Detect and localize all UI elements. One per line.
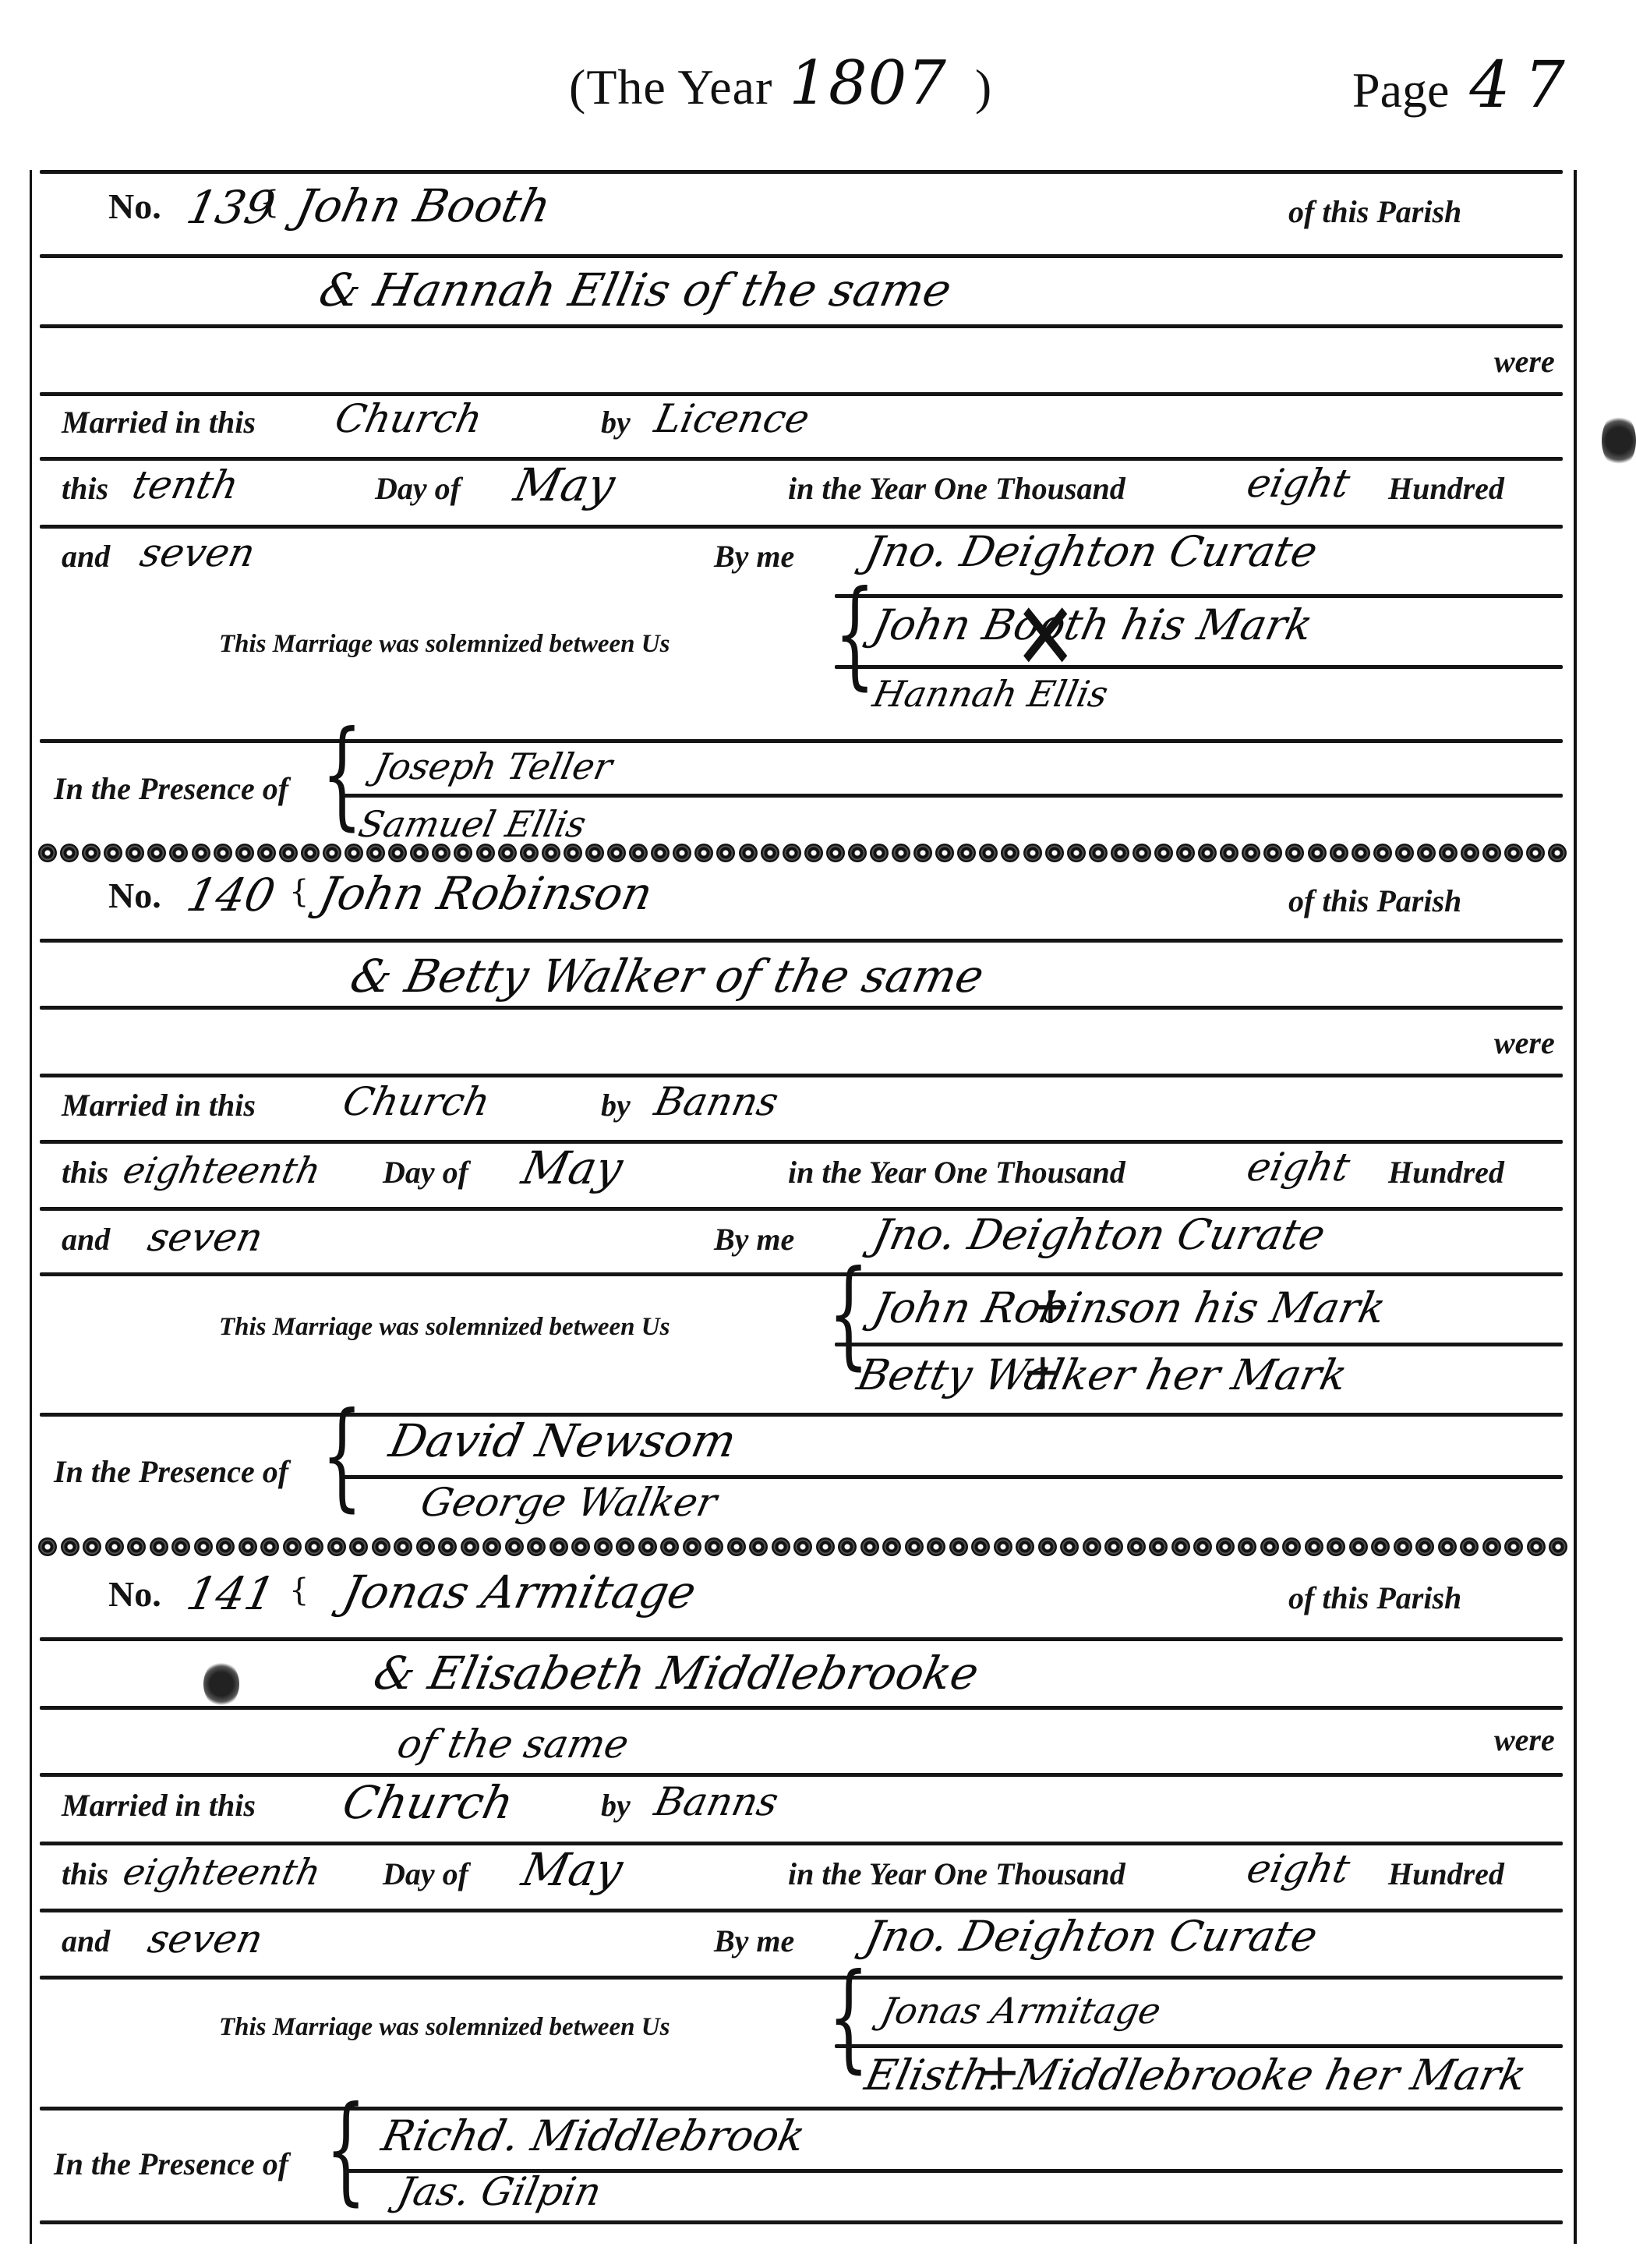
groom-name: John Robinson — [315, 867, 657, 920]
day-of-label: Day of — [383, 1856, 468, 1892]
officiant-signature: Jno. Deighton Curate — [860, 1912, 1322, 1961]
century-word: eight — [1243, 1846, 1354, 1891]
and-label: and — [62, 1221, 110, 1258]
entry-number-label: No. — [108, 1573, 161, 1615]
ruled-line — [40, 1140, 1563, 1144]
ruled-line — [835, 2044, 1563, 2048]
bride-residence: of the same — [394, 1721, 633, 1767]
by-me-label: By me — [714, 1221, 794, 1258]
cross-mark-icon: + — [1030, 1282, 1072, 1332]
page-header: (The Year 1807) Page47 — [0, 31, 1636, 125]
page-number: Page47 — [1352, 48, 1579, 122]
were-label: were — [1494, 1024, 1555, 1061]
by-me-label: By me — [714, 1923, 794, 1959]
in-presence-of-label: In the Presence of — [54, 770, 288, 807]
witness-1: Joseph Teller — [370, 745, 616, 787]
entry-number-label: No. — [108, 875, 161, 916]
ruled-line — [40, 170, 1563, 174]
ruled-line — [40, 1006, 1563, 1010]
page-value: 47 — [1469, 48, 1578, 122]
ruled-line — [40, 1976, 1563, 1980]
in-presence-of-label: In the Presence of — [54, 1453, 288, 1490]
ruled-line — [40, 254, 1563, 258]
ruled-line — [40, 1842, 1563, 1845]
ruled-line — [40, 1909, 1563, 1912]
brace-icon: { — [289, 1575, 309, 1606]
bride-line: & Betty Walker of the same — [346, 950, 989, 1003]
marriage-month: May — [518, 1843, 627, 1896]
century-word: eight — [1243, 1145, 1354, 1190]
witness-2: Samuel Ellis — [355, 803, 590, 845]
this-label: this — [62, 1856, 108, 1892]
day-of-label: Day of — [375, 470, 461, 507]
ink-blot — [1602, 413, 1636, 468]
bride-signature: Hannah Ellis — [869, 673, 1111, 715]
witness-1: Richd. Middlebrook — [377, 2111, 809, 2160]
year-label-open: (The Year — [569, 59, 786, 115]
brace-icon: { — [289, 876, 309, 908]
ruled-line — [40, 1272, 1563, 1276]
hundred-label: Hundred — [1388, 470, 1504, 507]
marriage-place: Church — [331, 396, 486, 441]
and-label: and — [62, 538, 110, 575]
hundred-label: Hundred — [1388, 1154, 1504, 1191]
were-label: were — [1494, 343, 1555, 380]
witness-1: David Newsom — [385, 1414, 741, 1467]
solemnized-between-label: This Marriage was solemnized between Us — [219, 1313, 670, 1342]
year-label-close: ) — [975, 59, 992, 115]
century-word: eight — [1243, 461, 1354, 506]
ruled-line — [40, 1637, 1563, 1641]
marriage-month: May — [510, 458, 620, 511]
solemnized-between-label: This Marriage was solemnized between Us — [219, 2013, 670, 2042]
were-label: were — [1494, 1721, 1555, 1758]
ruled-line — [40, 324, 1563, 328]
x-mark-icon: ✕ — [1014, 591, 1076, 685]
ruled-line — [40, 939, 1563, 943]
groom-name: John Booth — [292, 179, 556, 232]
register-entry-141: No. 141 { Jonas Armitage of this Parish … — [32, 1545, 1574, 2224]
ruled-line — [40, 1706, 1563, 1710]
officiant-signature: Jno. Deighton Curate — [860, 527, 1322, 576]
by-label: by — [601, 1787, 631, 1824]
marriage-register-table: No. 139 { John Booth of this Parish & Ha… — [30, 170, 1577, 2244]
groom-signature: John Booth his Mark — [868, 600, 1317, 649]
in-the-year-label: in the Year One Thousand — [788, 470, 1125, 507]
cross-mark-icon: + — [1022, 1347, 1064, 1397]
marriage-day: eighteenth — [119, 1149, 324, 1191]
in-the-year-label: in the Year One Thousand — [788, 1856, 1125, 1892]
witness-2: George Walker — [417, 1480, 721, 1525]
of-this-parish-label: of this Parish — [1288, 883, 1461, 919]
ruled-line — [40, 2107, 1563, 2111]
ruled-line — [835, 594, 1563, 598]
by-label: by — [601, 1087, 631, 1123]
year-word: seven — [144, 1215, 267, 1260]
marriage-method: Licence — [651, 396, 814, 441]
by-me-label: By me — [714, 538, 794, 575]
married-in-this-label: Married in this — [62, 1087, 256, 1123]
marriage-day: eighteenth — [119, 1851, 324, 1893]
ruled-line — [40, 1413, 1563, 1417]
year-word: seven — [136, 530, 260, 575]
year-heading: (The Year 1807) — [569, 48, 992, 119]
bride-signature: Betty Walker her Mark — [853, 1350, 1352, 1399]
officiant-signature: Jno. Deighton Curate — [868, 1210, 1330, 1259]
page-label: Page — [1352, 62, 1449, 118]
ruled-line — [835, 1343, 1563, 1346]
register-entry-140: No. 140 { John Robinson of this Parish &… — [32, 851, 1574, 1545]
year-word: seven — [144, 1916, 267, 1962]
by-label: by — [601, 404, 631, 441]
in-the-year-label: in the Year One Thousand — [788, 1154, 1125, 1191]
entry-number: 141 — [182, 1567, 280, 1620]
entry-number-label: No. — [108, 186, 161, 227]
ruled-line — [40, 525, 1563, 529]
brace-icon: { — [321, 1397, 362, 1514]
brace-icon: { — [260, 187, 279, 218]
cross-mark-icon: + — [979, 2047, 1021, 2097]
register-entry-139: No. 139 { John Booth of this Parish & Ha… — [32, 170, 1574, 851]
ruled-line — [40, 1074, 1563, 1077]
groom-signature: Jonas Armitage — [877, 1990, 1164, 2032]
entry-number: 140 — [182, 869, 280, 922]
ruled-line — [344, 1475, 1563, 1479]
day-of-label: Day of — [383, 1154, 468, 1191]
year-value: 1807 — [789, 48, 947, 119]
witness-2: Jas. Gilpin — [394, 2169, 606, 2214]
marriage-day: tenth — [129, 462, 243, 508]
brace-icon: { — [834, 575, 875, 692]
hundred-label: Hundred — [1388, 1856, 1504, 1892]
solemnized-between-label: This Marriage was solemnized between Us — [219, 630, 670, 659]
marriage-place: Church — [338, 1776, 518, 1829]
brace-icon: { — [828, 1958, 868, 2075]
ruled-line — [344, 794, 1563, 798]
ruled-line — [40, 1207, 1563, 1211]
groom-name: Jonas Armitage — [338, 1566, 701, 1619]
this-label: this — [62, 1154, 108, 1191]
brace-icon: { — [325, 2091, 366, 2208]
marriage-method: Banns — [651, 1779, 783, 1824]
ruled-line — [40, 1773, 1563, 1777]
of-this-parish-label: of this Parish — [1288, 193, 1461, 230]
married-in-this-label: Married in this — [62, 1787, 256, 1824]
in-presence-of-label: In the Presence of — [54, 2146, 288, 2182]
bride-signature: Elisth. Middlebrooke her Mark — [860, 2050, 1531, 2100]
and-label: and — [62, 1923, 110, 1959]
bride-line: & Hannah Ellis of the same — [315, 264, 956, 317]
marriage-place: Church — [339, 1079, 494, 1124]
ruled-line — [40, 739, 1563, 743]
married-in-this-label: Married in this — [62, 404, 256, 441]
brace-icon: { — [321, 716, 362, 833]
this-label: this — [62, 470, 108, 507]
groom-signature: John Robinson his Mark — [868, 1283, 1390, 1332]
ruled-line — [835, 665, 1563, 669]
of-this-parish-label: of this Parish — [1288, 1580, 1461, 1616]
marriage-month: May — [518, 1141, 627, 1194]
ink-blot — [203, 1661, 239, 1707]
bride-line: & Elisabeth Middlebrooke — [369, 1647, 984, 1700]
marriage-method: Banns — [651, 1079, 783, 1124]
ruled-line — [40, 2220, 1563, 2224]
